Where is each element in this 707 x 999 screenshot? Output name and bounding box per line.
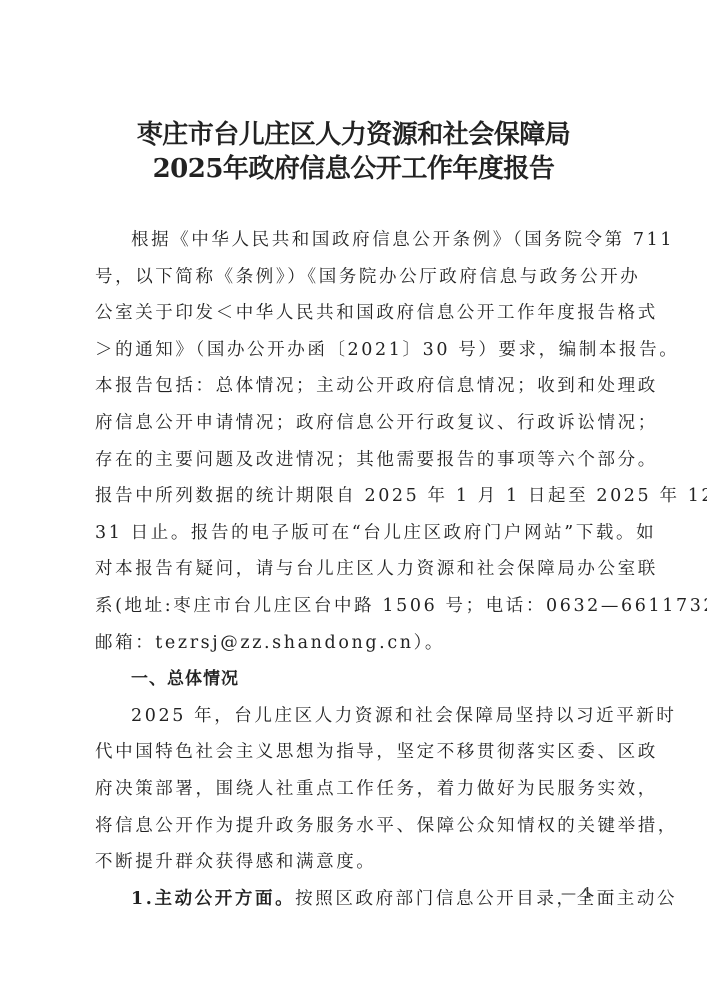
intro-line: 本报告包括：总体情况；主动公开政府信息情况；收到和处理政	[95, 368, 613, 405]
intro-line: 邮箱：tezrsj@zz.shandong.cn）。	[95, 625, 613, 662]
overview-line: 2025 年，台儿庄区人力资源和社会保障局坚持以习近平新时	[95, 698, 613, 735]
intro-line: 系(地址:枣庄市台儿庄区台中路 1506 号；电话：0632—6611732；	[95, 588, 613, 625]
document-title-line2: 2025年政府信息公开工作年度报告	[0, 152, 707, 186]
intro-line: 报告中所列数据的统计期限自 2025 年 1 月 1 日起至 2025 年 12…	[95, 478, 613, 515]
intro-line: 对本报告有疑问，请与台儿庄区人力资源和社会保障局办公室联	[95, 551, 613, 588]
intro-line: 公室关于印发＜中华人民共和国政府信息公开工作年度报告格式	[95, 295, 613, 332]
intro-line: 根据《中华人民共和国政府信息公开条例》（国务院令第 711	[95, 222, 613, 259]
intro-line: 存在的主要问题及改进情况；其他需要报告的事项等六个部分。	[95, 442, 613, 479]
item1-text: 按照区政府部门信息公开目录，全面主动公	[295, 889, 677, 909]
item1-label: 1.主动公开方面。	[131, 889, 295, 909]
section-heading-overview: 一、总体情况	[95, 661, 613, 698]
item1-line: 1.主动公开方面。按照区政府部门信息公开目录，全面主动公	[95, 881, 613, 918]
intro-line: 府信息公开申请情况；政府信息公开行政复议、行政诉讼情况；	[95, 405, 613, 442]
overview-line: 将信息公开作为提升政务服务水平、保障公众知情权的关键举措，	[95, 808, 613, 845]
document-page: 枣庄市台儿庄区人力资源和社会保障局 2025年政府信息公开工作年度报告 根据《中…	[0, 0, 707, 999]
overview-line: 不断提升群众获得感和满意度。	[95, 844, 613, 881]
intro-line: 号，以下简称《条例》）《国务院办公厅政府信息与政务公开办	[95, 259, 613, 296]
overview-line: 代中国特色社会主义思想为指导，坚定不移贯彻落实区委、区政	[95, 734, 613, 771]
page-number: — 1 —	[561, 884, 615, 902]
intro-line: 31 日止。报告的电子版可在“台儿庄区政府门户网站”下载。如	[95, 515, 613, 552]
document-title-line1: 枣庄市台儿庄区人力资源和社会保障局	[0, 118, 707, 152]
intro-paragraph: 根据《中华人民共和国政府信息公开条例》（国务院令第 711 号，以下简称《条例》…	[95, 222, 613, 917]
overview-line: 府决策部署，围绕人社重点工作任务，着力做好为民服务实效，	[95, 771, 613, 808]
intro-line: ＞的通知》（国办公开办函〔2021〕30 号）要求，编制本报告。	[95, 332, 613, 369]
